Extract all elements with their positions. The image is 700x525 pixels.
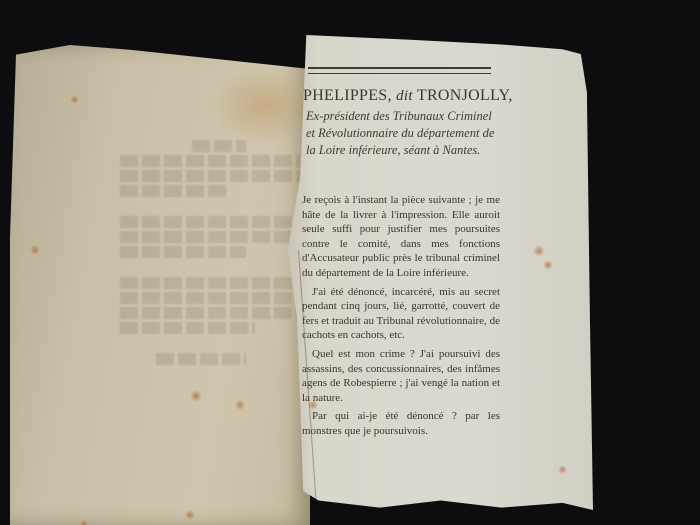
page-title: PHELIPPES, dit TRONJOLLY,	[303, 87, 513, 105]
foxing-spot	[235, 400, 245, 410]
paragraph: Quel est mon crime ? J'ai poursuivi des …	[302, 347, 500, 405]
title-rule	[308, 67, 491, 74]
document-photo: PHELIPPES, dit TRONJOLLY, Ex-président d…	[0, 0, 700, 525]
foxing-spot	[70, 95, 79, 104]
foxing-spot	[533, 245, 545, 257]
foxing-spot	[543, 260, 553, 270]
paragraph: J'ai été dénoncé, incarcéré, mis au secr…	[302, 285, 500, 343]
paragraph: Je reçois à l'instant la pièce suivante …	[302, 193, 500, 281]
body-text: Je reçois à l'instant la pièce suivante …	[302, 193, 500, 443]
left-page	[10, 45, 310, 525]
foxing-spot	[190, 390, 202, 402]
foxing-spot	[558, 465, 567, 474]
title-surname: TRONJOLLY,	[417, 87, 513, 104]
paragraph: Par qui ai-je été dénoncé ? par les mons…	[302, 409, 500, 438]
foxing-spot	[30, 245, 40, 255]
page-subtitle: Ex-président des Tribunaux Criminel et R…	[306, 108, 502, 159]
foxing-spot	[80, 520, 88, 525]
title-name: PHELIPPES,	[303, 87, 392, 104]
title-connector: dit	[396, 88, 413, 104]
foxing-spot	[185, 510, 195, 520]
show-through-text	[120, 140, 300, 368]
